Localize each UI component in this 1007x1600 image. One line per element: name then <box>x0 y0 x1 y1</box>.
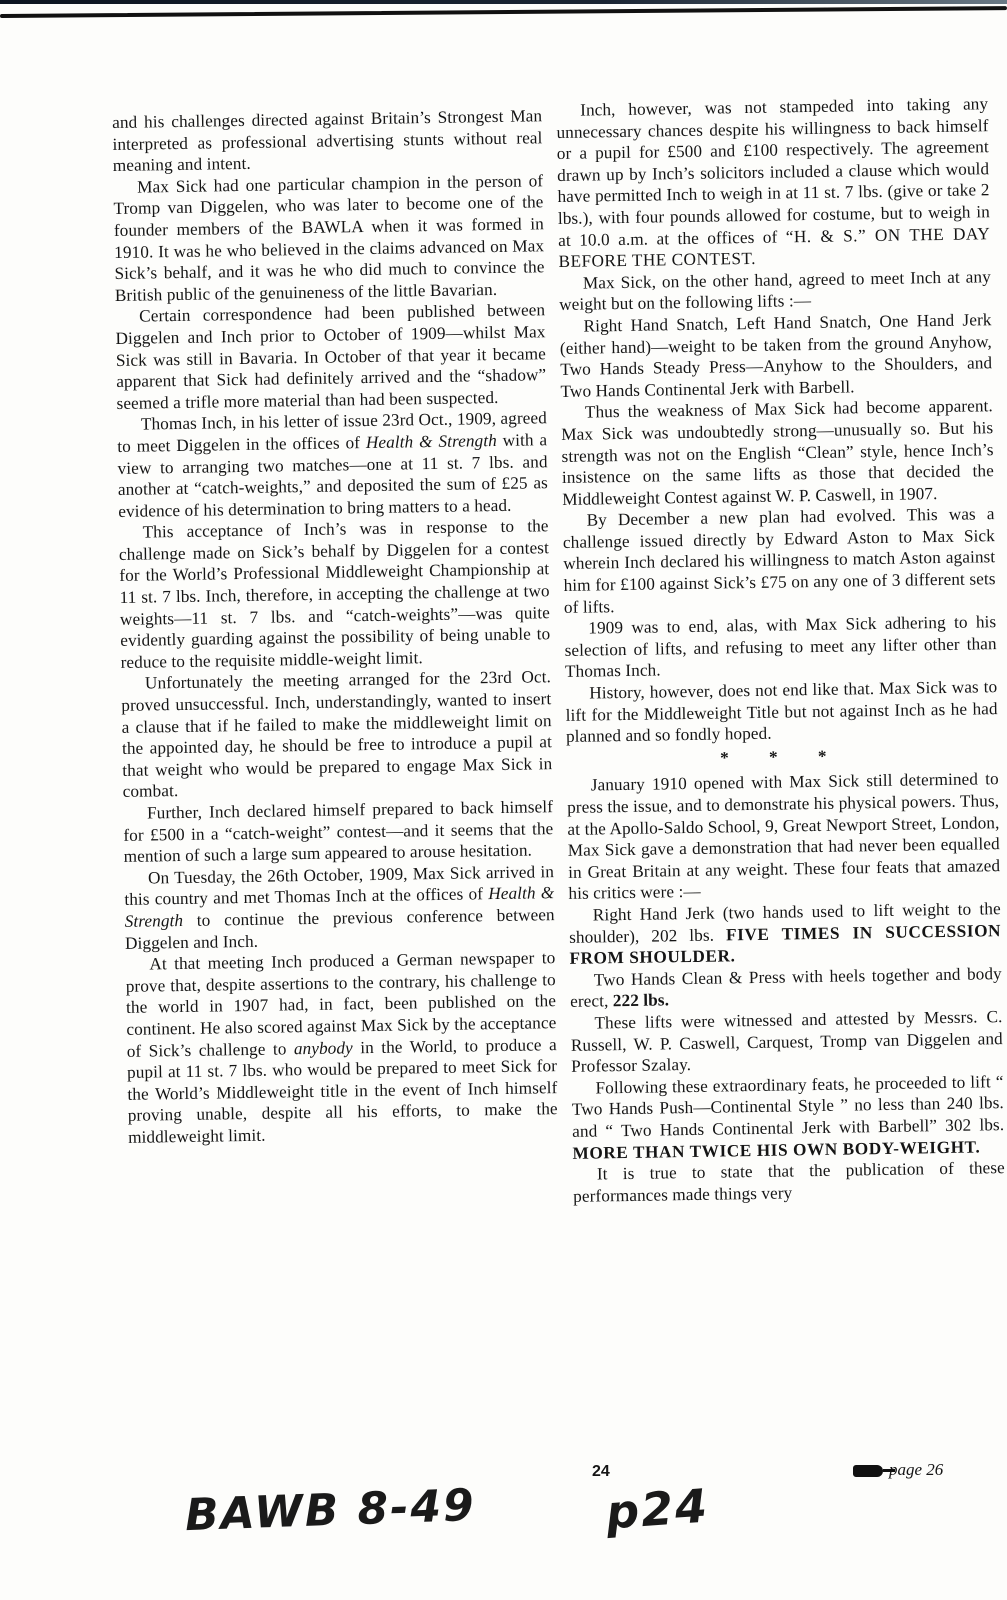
paragraph: Thomas Inch, in his letter of issue 23rd… <box>117 408 549 523</box>
text: January 1910 opened with Max Sick still … <box>567 770 1000 904</box>
paragraph: 1909 was to end, alas, with Max Sick adh… <box>564 611 997 683</box>
text: History, however, does not end like that… <box>566 677 998 746</box>
paragraph: By December a new plan had evolved. This… <box>562 503 996 618</box>
handwritten-page-note: p24 <box>604 1478 710 1539</box>
paragraph: Max Sick had one particular champion in … <box>113 170 545 306</box>
text: and his challenges directed against Brit… <box>112 106 543 175</box>
article-column-left: and his challenges directed against Brit… <box>112 105 558 1148</box>
continued-label: page 26 <box>889 1460 943 1479</box>
text: to continue the previous conference betw… <box>125 905 555 952</box>
scan-top-edge <box>0 0 1007 4</box>
text-bold: 222 lbs. <box>613 991 669 1011</box>
text: These lifts were witnessed and attested … <box>571 1007 1003 1076</box>
text-italic: anybody <box>294 1038 353 1058</box>
handwritten-source-note: BAWB 8-49 <box>184 1480 476 1541</box>
text-italic: Health & Strength <box>366 431 497 452</box>
text: Further, Inch declared himself prepared … <box>123 797 553 866</box>
continued-on-page[interactable]: page 26 <box>853 1460 943 1480</box>
page-number: 24 <box>592 1463 610 1481</box>
paragraph: Further, Inch declared himself prepared … <box>123 796 554 868</box>
paragraph: Max Sick, on the other hand, agreed to m… <box>559 266 992 316</box>
text: Thus the weakness of Max Sick had become… <box>561 396 994 508</box>
pointing-hand-icon <box>853 1465 883 1477</box>
text: Max Sick, on the other hand, agreed to m… <box>559 267 991 314</box>
paragraph: At that meeting Inch produced a German n… <box>125 947 558 1148</box>
text: 1909 was to end, alas, with Max Sick adh… <box>564 612 996 681</box>
text: Max Sick had one particular champion in … <box>113 171 544 305</box>
text: Certain correspondence had been publishe… <box>115 301 546 413</box>
paragraph: Unfortunately the meeting arranged for t… <box>121 667 553 803</box>
article-column-right: Inch, however, was not stampeded into ta… <box>556 93 1005 1207</box>
paragraph: Inch, however, was not stampeded into ta… <box>556 93 991 273</box>
paragraph: Following these extraordinary feats, he … <box>571 1071 1004 1164</box>
paragraph: It is true to state that the publication… <box>573 1157 1006 1207</box>
text: Unfortunately the meeting arranged for t… <box>121 668 552 802</box>
paragraph: This acceptance of Inch’s was in respons… <box>118 515 550 673</box>
paragraph: Certain correspondence had been publishe… <box>115 300 547 415</box>
paragraph: and his challenges directed against Brit… <box>112 105 543 177</box>
text: This acceptance of Inch’s was in respons… <box>119 516 551 671</box>
paragraph: On Tuesday, the 26th October, 1909, Max … <box>124 861 555 954</box>
paragraph: These lifts were witnessed and attested … <box>570 1006 1003 1078</box>
paragraph: History, however, does not end like that… <box>565 676 998 748</box>
paragraph: Two Hands Clean & Press with heels toget… <box>570 963 1003 1013</box>
text: * * * <box>720 746 845 767</box>
paragraph: Right Hand Jerk (two hands used to lift … <box>569 898 1002 970</box>
text: By December a new plan had evolved. This… <box>563 504 996 616</box>
text: It is true to state that the publication… <box>573 1158 1005 1205</box>
text: Following these extraordinary feats, he … <box>572 1072 1005 1141</box>
section-break: * * * <box>566 743 998 771</box>
paragraph: Thus the weakness of Max Sick had become… <box>561 395 995 510</box>
paragraph: January 1910 opened with Max Sick still … <box>567 769 1001 905</box>
header-rule <box>0 6 1007 18</box>
text: Right Hand Snatch, Left Hand Snatch, One… <box>560 310 993 401</box>
paragraph: Right Hand Snatch, Left Hand Snatch, One… <box>559 309 992 402</box>
